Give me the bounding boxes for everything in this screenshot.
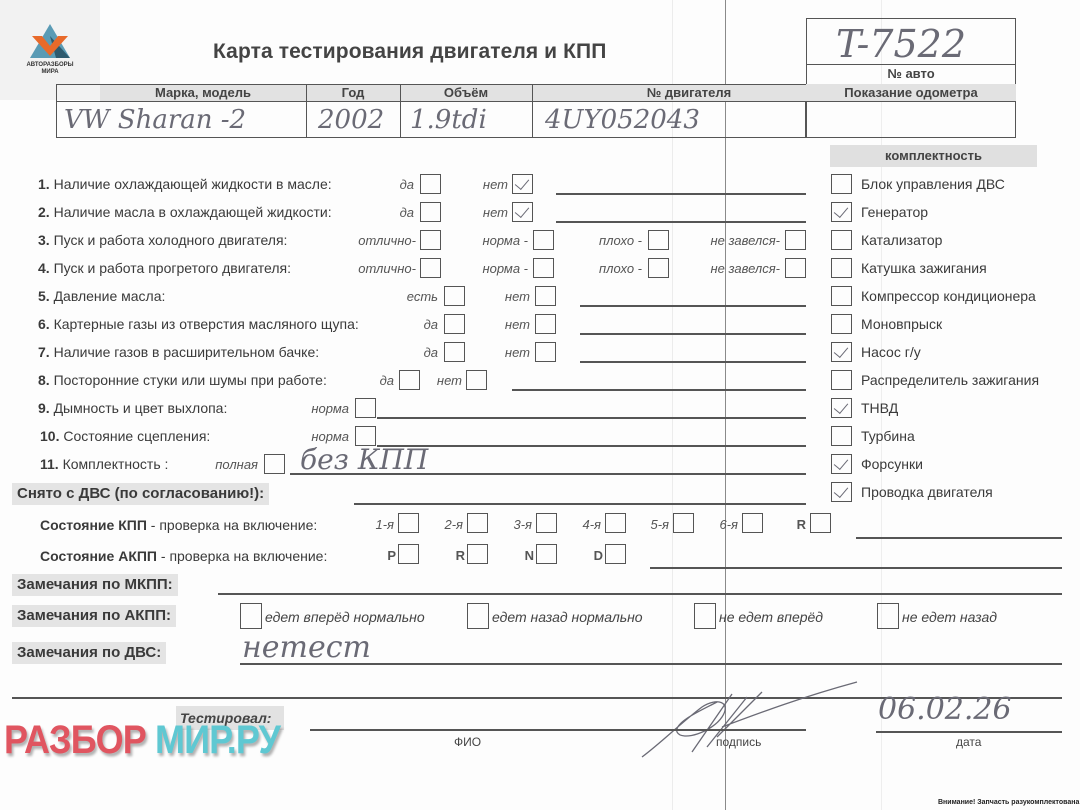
kpp-gear-label: R (797, 517, 806, 532)
option-label: отлично- (358, 233, 416, 248)
akpp-gear-checkbox[interactable] (398, 544, 419, 564)
col-engine-no: № двигателя (532, 84, 806, 101)
signature (622, 672, 862, 772)
akpp-gear-checkbox[interactable] (605, 544, 626, 564)
option-label: да (424, 317, 438, 332)
option-checkbox[interactable] (420, 258, 441, 278)
kit-checkbox[interactable] (831, 454, 852, 474)
option-checkbox[interactable] (264, 454, 285, 474)
option-label: да (400, 205, 414, 220)
col-year: Год (306, 84, 400, 101)
removed-label: Снято с ДВС (по согласованию!): (12, 483, 269, 505)
akpp-gear-checkbox[interactable] (536, 544, 557, 564)
option-checkbox[interactable] (444, 286, 465, 306)
test-row-label: 8. Посторонние стуки или шумы при работе… (38, 372, 327, 388)
kit-item-label: Катализатор (861, 232, 942, 248)
fio-field[interactable] (310, 729, 636, 731)
test-notes-field[interactable] (512, 389, 806, 391)
kit-item-label: Проводка двигателя (861, 484, 993, 500)
akpp-remark-label: не едет назад (902, 609, 997, 625)
option-checkbox[interactable] (535, 342, 556, 362)
test-notes-field[interactable] (556, 221, 806, 223)
akpp-notes-field[interactable] (650, 567, 1062, 569)
kpp-gear-label: 5-я (650, 517, 669, 532)
akpp-label: Состояние АКПП - проверка на включение: (40, 548, 327, 564)
option-checkbox[interactable] (512, 202, 533, 222)
option-checkbox[interactable] (785, 258, 806, 278)
option-checkbox[interactable] (648, 258, 669, 278)
option-checkbox[interactable] (535, 286, 556, 306)
option-label: есть (407, 289, 438, 304)
akpp-gear-checkbox[interactable] (467, 544, 488, 564)
signature-label: подпись (716, 735, 761, 749)
kit-checkbox[interactable] (831, 398, 852, 418)
kpp-gear-checkbox[interactable] (536, 513, 557, 533)
test-notes-field[interactable] (580, 305, 806, 307)
test-row-label: 3. Пуск и работа холодного двигателя: (38, 232, 287, 248)
kpp-label: Состояние КПП - проверка на включение: (40, 517, 317, 533)
option-checkbox[interactable] (355, 398, 376, 418)
kpp-gear-checkbox[interactable] (742, 513, 763, 533)
auto-number-label: № авто (806, 66, 1016, 81)
option-label: да (400, 177, 414, 192)
kit-checkbox[interactable] (831, 230, 852, 250)
kpp-gear-label: 2-я (444, 517, 463, 532)
option-checkbox[interactable] (420, 174, 441, 194)
kit-item-label: Форсунки (861, 456, 923, 472)
kit-checkbox[interactable] (831, 258, 852, 278)
kit-checkbox[interactable] (831, 202, 852, 222)
option-label: отлично- (358, 261, 416, 276)
volume-value[interactable]: 1.9tdi (410, 103, 487, 137)
akpp-remark-label: едет вперёд нормально (265, 609, 425, 625)
page-title: Карта тестирования двигателя и КПП (213, 40, 606, 64)
test-row-label: 9. Дымность и цвет выхлопа: (38, 400, 227, 416)
kpp-gear-checkbox[interactable] (398, 513, 419, 533)
kit-item-label: Блок управления ДВС (861, 176, 1005, 192)
akpp-gear-label: N (525, 548, 534, 563)
option-label: плохо - (599, 233, 642, 248)
kit-checkbox[interactable] (831, 342, 852, 362)
kit-item-label: Катушка зажигания (861, 260, 987, 276)
test-notes-field[interactable] (580, 361, 806, 363)
akpp-remark-checkbox[interactable] (240, 603, 262, 629)
test-row-label: 6. Картерные газы из отверстия масляного… (38, 316, 359, 332)
test-notes-field[interactable] (377, 417, 806, 419)
option-label: норма (311, 401, 349, 416)
kpp-gear-checkbox[interactable] (467, 513, 488, 533)
kit-checkbox[interactable] (831, 314, 852, 334)
date-value[interactable]: 06.02.26 (878, 692, 1012, 727)
option-label: нет (505, 317, 530, 332)
test-notes-field[interactable] (377, 445, 806, 447)
dvs-remarks-label: Замечания по ДВС: (12, 642, 166, 664)
option-label: полная (215, 457, 258, 472)
option-label: не завелся- (710, 261, 780, 276)
option-label: норма (311, 429, 349, 444)
kpp-gear-label: 3-я (513, 517, 532, 532)
kit-item-label: Моновпрыск (861, 316, 942, 332)
option-checkbox[interactable] (444, 342, 465, 362)
test-row-label: 11. Комплектность : (40, 456, 168, 472)
kpp-gear-checkbox[interactable] (673, 513, 694, 533)
dvs-remarks-field[interactable] (240, 663, 1062, 665)
date-field[interactable] (876, 731, 1062, 733)
akpp-gear-label: D (594, 548, 603, 563)
akpp-remark-checkbox[interactable] (467, 603, 489, 629)
odometer-field[interactable] (808, 103, 1014, 136)
akpp-remark-label: едет назад нормально (492, 609, 643, 625)
kit-item-label: Компрессор кондиционера (861, 288, 1036, 304)
kpp-gear-checkbox[interactable] (605, 513, 626, 533)
option-label: да (380, 373, 394, 388)
test-row-label: 7. Наличие газов в расширительном бачке: (38, 344, 319, 360)
option-label: нет (505, 289, 530, 304)
akpp-remark-checkbox[interactable] (877, 603, 899, 629)
kit-checkbox[interactable] (831, 174, 852, 194)
akpp-remark-checkbox[interactable] (694, 603, 716, 629)
auto-number-value[interactable]: T-7522 (836, 22, 966, 66)
test-notes-field[interactable] (556, 193, 806, 195)
akpp-gear-label: R (456, 548, 465, 563)
option-checkbox[interactable] (535, 314, 556, 334)
kit-checkbox[interactable] (831, 370, 852, 390)
date-label: дата (956, 735, 981, 749)
option-checkbox[interactable] (512, 174, 533, 194)
logo-text: АВТОРАЗБОРЫ МИРА (0, 62, 100, 76)
kit-item-label: Генератор (861, 204, 928, 220)
mkpp-remarks-field[interactable] (218, 593, 1062, 595)
model-value[interactable]: VW Sharan -2 (64, 103, 246, 137)
kpp-notes-field[interactable] (856, 537, 1062, 539)
option-label: да (424, 345, 438, 360)
option-label: норма - (482, 261, 528, 276)
dvs-remarks-value[interactable]: нетест (242, 630, 371, 665)
kit-item-label: ТНВД (861, 400, 898, 416)
option-checkbox[interactable] (399, 370, 420, 390)
completeness-note[interactable]: без КПП (300, 443, 428, 476)
option-label: нет (483, 177, 508, 192)
option-checkbox[interactable] (785, 230, 806, 250)
akpp-remarks-label: Замечания по АКПП: (12, 605, 176, 627)
test-row-label: 4. Пуск и работа прогретого двигателя: (38, 260, 291, 276)
logo-mountain-icon (28, 22, 72, 62)
fio-label: ФИО (454, 735, 481, 749)
kit-item-label: Турбина (861, 428, 915, 444)
test-row-label: 1. Наличие охлаждающей жидкости в масле: (38, 176, 332, 192)
kit-header: комплектность (830, 145, 1037, 167)
kit-checkbox[interactable] (831, 286, 852, 306)
kit-checkbox[interactable] (831, 426, 852, 446)
col-volume: Объём (400, 84, 532, 101)
option-checkbox[interactable] (444, 314, 465, 334)
kit-checkbox[interactable] (831, 482, 852, 502)
option-checkbox[interactable] (420, 230, 441, 250)
option-label: не завелся- (710, 233, 780, 248)
kpp-gear-label: 1-я (375, 517, 394, 532)
option-checkbox[interactable] (648, 230, 669, 250)
test-row-label: 5. Давление масла: (38, 288, 165, 304)
col-model: Марка, модель (100, 84, 306, 101)
engine-no-value[interactable]: 4UY052043 (545, 103, 700, 137)
option-label: нет (483, 205, 508, 220)
option-checkbox[interactable] (466, 370, 487, 390)
kpp-gear-label: 6-я (719, 517, 738, 532)
odometer-label: Показание одометра (806, 84, 1016, 101)
option-label: нет (437, 373, 462, 388)
brand-watermark: РАЗБОР МИР.РУ (4, 718, 280, 763)
option-label: плохо - (599, 261, 642, 276)
option-checkbox[interactable] (420, 202, 441, 222)
year-value[interactable]: 2002 (318, 103, 384, 137)
test-row-label: 10. Состояние сцепления: (40, 428, 210, 444)
option-checkbox[interactable] (533, 258, 554, 278)
removed-field[interactable] (354, 503, 806, 505)
akpp-remark-label: не едет вперёд (719, 609, 823, 625)
mkpp-remarks-label: Замечания по МКПП: (12, 574, 178, 596)
kit-item-label: Распределитель зажигания (861, 372, 1039, 388)
option-label: норма - (482, 233, 528, 248)
option-checkbox[interactable] (533, 230, 554, 250)
test-notes-field[interactable] (580, 333, 806, 335)
warning-text: Внимание! Запчасть разукомплектована! (938, 799, 1080, 806)
option-label: нет (505, 345, 530, 360)
kpp-gear-label: 4-я (582, 517, 601, 532)
test-row-label: 2. Наличие масла в охлаждающей жидкости: (38, 204, 332, 220)
kpp-gear-checkbox[interactable] (810, 513, 831, 533)
signature-field[interactable] (636, 729, 806, 731)
akpp-gear-label: P (387, 548, 396, 563)
kit-item-label: Насос г/у (861, 344, 921, 360)
